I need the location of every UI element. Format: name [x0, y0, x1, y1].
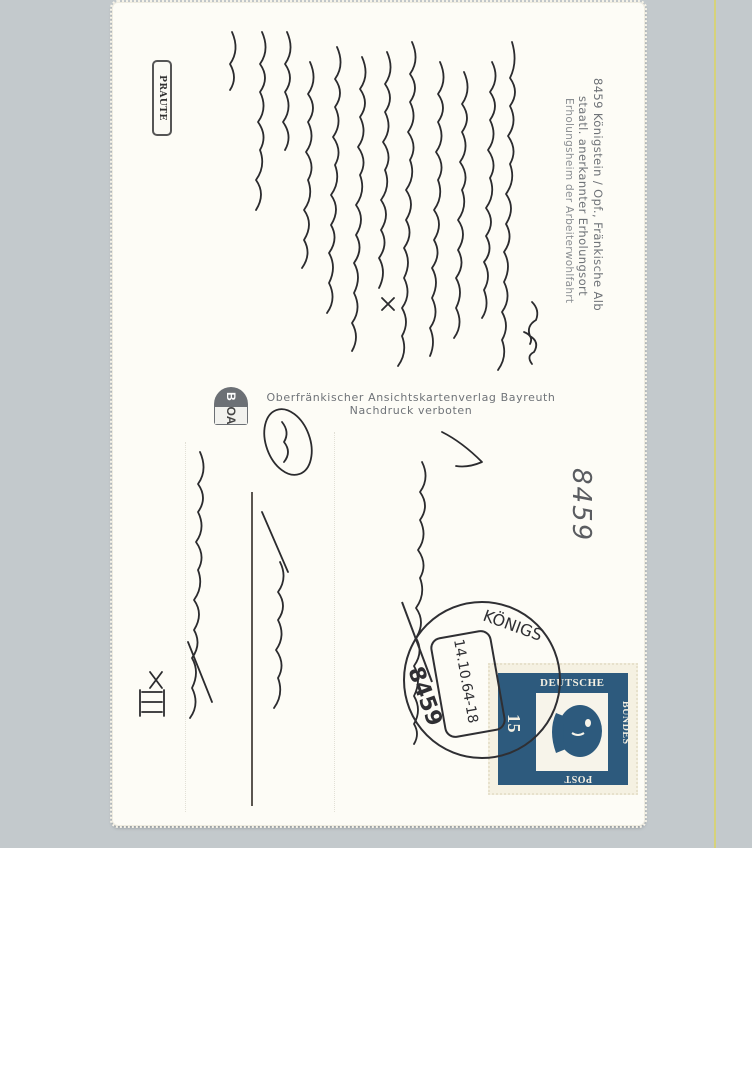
brand-mark: PRAUTE — [152, 60, 172, 136]
pencil-annotation: 8459 — [566, 468, 596, 542]
address-divider-line — [251, 492, 253, 806]
logo-letters-oa: OA — [214, 406, 248, 425]
scanner-artifact-line — [714, 0, 716, 848]
caption-line-1: 8459 Königstein / Opf., Fränkische Alb — [591, 78, 605, 311]
postage-stamp: DEUTSCHE BUNDES POST 15 — [488, 663, 638, 795]
address-line — [334, 432, 335, 812]
address-line — [185, 442, 186, 812]
svg-text:14.10.64-18: 14.10.64-18 — [450, 638, 481, 725]
publisher-name: Oberfränkischer Ansichtskartenverlag Bay… — [248, 391, 574, 404]
stamp-country-bottom: POST — [564, 773, 592, 784]
stamp-frame: DEUTSCHE BUNDES POST 15 — [498, 673, 628, 785]
brand-mark-text: PRAUTE — [157, 75, 167, 121]
postcard-back: PRAUTE 8459 Königstein / Opf., Fränkisch… — [112, 2, 645, 826]
stamp-country-top: DEUTSCHE — [540, 677, 605, 689]
portrait-icon — [536, 693, 608, 771]
svg-text:KÖNIGS: KÖNIGS — [481, 606, 545, 645]
svg-text:8459: 8459 — [402, 664, 446, 730]
stamp-country-right: BUNDES — [620, 701, 631, 745]
reprint-notice: Nachdruck verboten — [248, 404, 574, 417]
logo-letter-b: B — [214, 387, 248, 406]
publisher-logo: B OA — [214, 387, 248, 425]
stamp-value: 15 — [503, 714, 524, 733]
publisher-credit: Oberfränkischer Ansichtskartenverlag Bay… — [248, 391, 574, 417]
caption-line-3: Erholungsheim der Arbeiterwohlfahrt — [563, 98, 575, 303]
caption-line-2: staatl. anerkannter Erholungsort — [576, 96, 590, 296]
